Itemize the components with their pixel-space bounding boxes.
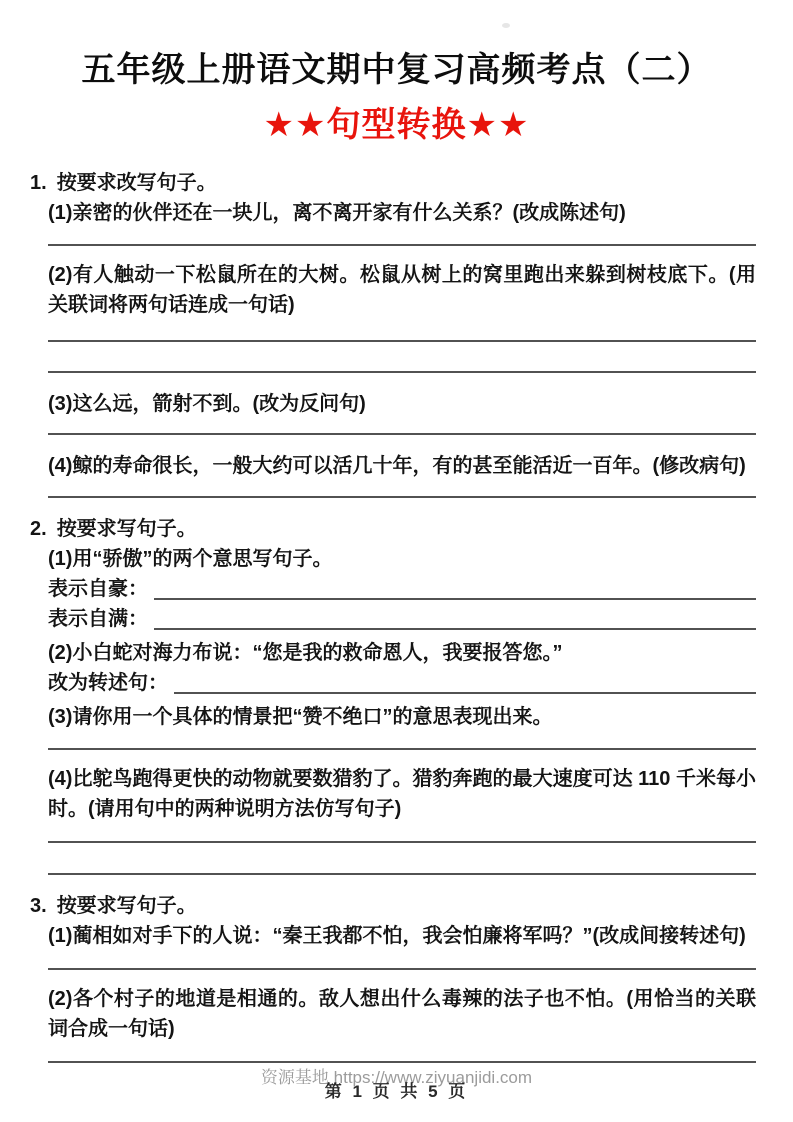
question-heading-text: 按要求写句子。	[57, 518, 197, 540]
question-3-heading: 3.按要求写句子。	[30, 891, 756, 921]
answer-line	[48, 951, 756, 970]
scan-speck	[502, 23, 510, 28]
fill-row-conceit: 表示自满：	[48, 604, 756, 634]
fill-label: 表示自满：	[48, 604, 148, 634]
question-1-heading: 1.按要求改写句子。	[30, 168, 756, 198]
question-number: 3.	[30, 895, 47, 917]
answer-line	[154, 574, 756, 600]
answer-line	[48, 419, 756, 435]
question-2-4: (4)比鸵鸟跑得更快的动物就要数猎豹了。猎豹奔跑的最大速度可达 110 千米每小…	[48, 764, 756, 824]
answer-line	[48, 228, 756, 246]
question-heading-text: 按要求改写句子。	[57, 172, 217, 194]
question-1-3: (3)这么远，箭射不到。(改为反问句)	[48, 389, 756, 419]
fill-row-retell: 改为转述句：	[48, 668, 756, 698]
answer-line	[48, 843, 756, 875]
fill-row-pride: 表示自豪：	[48, 574, 756, 604]
question-number: 1.	[30, 172, 47, 194]
answer-line	[154, 604, 756, 630]
answer-line	[48, 732, 756, 750]
worksheet-page: 五年级上册语文期中复习高频考点（二） ★★句型转换★★ 1.按要求改写句子。 (…	[0, 0, 793, 1122]
question-3-1: (1)蔺相如对手下的人说：“秦王我都不怕，我会怕廉将军吗？”(改成间接转述句)	[48, 921, 756, 951]
fill-label: 表示自豪：	[48, 574, 148, 604]
page-number: 第 1 页 共 5 页	[0, 1082, 793, 1102]
question-number: 2.	[30, 518, 47, 540]
worksheet-body: 1.按要求改写句子。 (1)亲密的伙伴还在一块儿，离不离开家有什么关系？(改成陈…	[0, 168, 793, 1063]
answer-line	[174, 668, 756, 694]
answer-line	[48, 342, 756, 373]
question-heading-text: 按要求写句子。	[57, 895, 197, 917]
fill-label: 改为转述句：	[48, 668, 168, 698]
question-2-heading: 2.按要求写句子。	[30, 514, 756, 544]
question-2-1: (1)用“骄傲”的两个意思写句子。	[48, 544, 756, 574]
answer-line	[48, 1044, 756, 1063]
question-1-4: (4)鲸的寿命很长，一般大约可以活几十年，有的甚至能活近一百年。(修改病句)	[48, 451, 756, 481]
section-banner: ★★句型转换★★	[0, 102, 793, 148]
question-1-1: (1)亲密的伙伴还在一块儿，离不离开家有什么关系？(改成陈述句)	[48, 198, 756, 228]
answer-line	[48, 824, 756, 843]
question-1-2: (2)有人触动一下松鼠所在的大树。松鼠从树上的窝里跑出来躲到树枝底下。(用关联词…	[48, 260, 756, 320]
answer-line	[48, 320, 756, 342]
question-2-3: (3)请你用一个具体的情景把“赞不绝口”的意思表现出来。	[48, 702, 756, 732]
question-3-2: (2)各个村子的地道是相通的。敌人想出什么毒辣的法子也不怕。(用恰当的关联词合成…	[48, 984, 756, 1044]
question-2-2: (2)小白蛇对海力布说：“您是我的救命恩人，我要报答您。”	[48, 638, 756, 668]
page-title: 五年级上册语文期中复习高频考点（二）	[0, 0, 793, 92]
answer-line	[48, 481, 756, 498]
